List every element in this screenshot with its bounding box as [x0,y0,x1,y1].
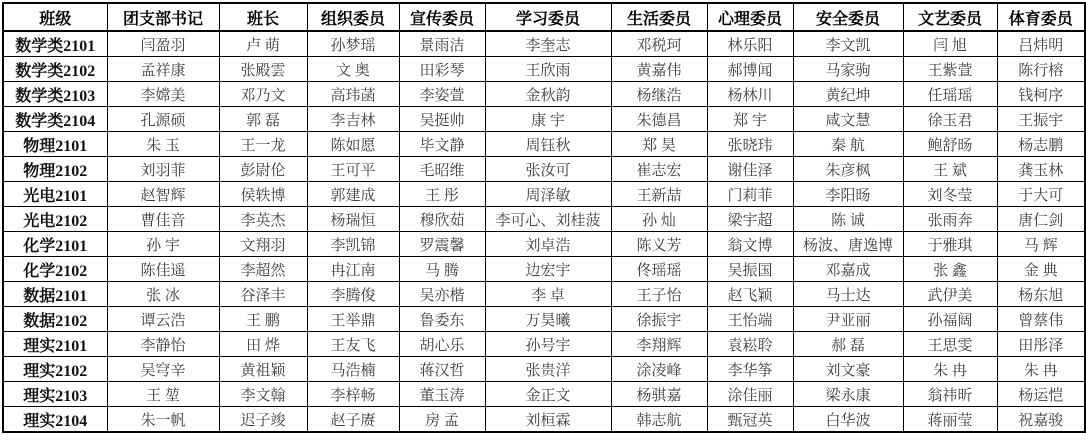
member-cell: 李凯锦 [307,232,399,257]
member-cell: 李姿萱 [399,82,485,107]
member-cell: 张汝可 [485,157,611,182]
member-cell: 郝博闻 [707,57,793,82]
member-cell: 钱柯序 [997,82,1085,107]
member-cell: 董玉涛 [399,382,485,407]
member-cell: 郑 宇 [707,107,793,132]
class-cell: 化学2101 [3,232,107,257]
member-cell: 田 烨 [219,332,307,357]
column-header-5: 学习委员 [485,3,611,31]
member-cell: 陈行榕 [997,57,1085,82]
member-cell: 吴亦楷 [399,282,485,307]
member-cell: 王 鹏 [219,307,307,332]
member-cell: 王怡端 [707,307,793,332]
member-cell: 祝嘉骏 [997,407,1085,433]
member-cell: 迟子竣 [219,407,307,433]
member-cell: 朱 冉 [997,357,1085,382]
column-header-9: 文艺委员 [903,3,997,31]
member-cell: 冉江南 [307,257,399,282]
member-cell: 朱德昌 [611,107,707,132]
member-cell: 赵智辉 [107,182,219,207]
member-cell: 孟祥康 [107,57,219,82]
member-cell: 闫 旭 [903,31,997,57]
member-cell: 谢佳泽 [707,157,793,182]
class-cell: 理实2103 [3,382,107,407]
class-cell: 数学类2102 [3,57,107,82]
table-row: 数据2102谭云浩王 鹏王举鼎鲁委东万昊曦徐振宇王怡端尹亚丽孙福阔曾蔡伟 [3,307,1085,332]
member-cell: 黄纪坤 [793,82,903,107]
member-cell: 赵子赓 [307,407,399,433]
member-cell: 韩志航 [611,407,707,433]
column-header-4: 宣传委员 [399,3,485,31]
member-cell: 王举鼎 [307,307,399,332]
class-cell: 光电2101 [3,182,107,207]
member-cell: 徐振宇 [611,307,707,332]
member-cell: 甄冠英 [707,407,793,433]
column-header-10: 体育委员 [997,3,1085,31]
member-cell: 张 鑫 [903,257,997,282]
class-cell: 光电2102 [3,207,107,232]
member-cell: 金 典 [997,257,1085,282]
member-cell: 陈佳遥 [107,257,219,282]
member-cell: 邓税珂 [611,31,707,57]
member-cell: 陈义芳 [611,232,707,257]
table-row: 数学类2101闫盈羽卢 萌孙梦瑶景雨洁李奎志邓税珂林乐阳李文凯闫 旭吕炜明 [3,31,1085,57]
member-cell: 杨骐嘉 [611,382,707,407]
member-cell: 梁宇超 [707,207,793,232]
member-cell: 张雨奔 [903,207,997,232]
member-cell: 杨东旭 [997,282,1085,307]
member-cell: 毕文静 [399,132,485,157]
class-cell: 数学类2101 [3,31,107,57]
member-cell: 刘桓霖 [485,407,611,433]
class-committee-table: 班级团支部书记班长组织委员宣传委员学习委员生活委员心理委员安全委员文艺委员体育委… [2,2,1086,433]
table-row: 化学2101孙 宇文翔羽李凯锦罗震馨刘卓浩陈义芳翁文博杨波、唐逸博于雅琪马 辉 [3,232,1085,257]
member-cell: 李可心、刘桂菠 [485,207,611,232]
member-cell: 朱 冉 [903,357,997,382]
table-row: 理实2102吴穹辛黄祖颖马浩楠蒋汉哲张贵洋涂凌峰李华筝刘文豪朱 冉朱 冉 [3,357,1085,382]
header-row: 班级团支部书记班长组织委员宣传委员学习委员生活委员心理委员安全委员文艺委员体育委… [3,3,1085,31]
member-cell: 孙 灿 [611,207,707,232]
member-cell: 龚玉林 [997,157,1085,182]
member-cell: 郭建成 [307,182,399,207]
member-cell: 李梓畅 [307,382,399,407]
class-cell: 理实2102 [3,357,107,382]
member-cell: 翁祎昕 [903,382,997,407]
member-cell: 郑 昊 [611,132,707,157]
table-body: 数学类2101闫盈羽卢 萌孙梦瑶景雨洁李奎志邓税珂林乐阳李文凯闫 旭吕炜明数学类… [3,31,1085,432]
member-cell: 蒋汉哲 [399,357,485,382]
class-cell: 理实2104 [3,407,107,433]
member-cell: 曹佳音 [107,207,219,232]
member-cell: 朱一帆 [107,407,219,433]
member-cell: 穆欣茹 [399,207,485,232]
member-cell: 李嫦美 [107,82,219,107]
member-cell: 李阳旸 [793,182,903,207]
member-cell: 徐玉君 [903,107,997,132]
member-cell: 高玮菡 [307,82,399,107]
member-cell: 门莉菲 [707,182,793,207]
column-header-0: 班级 [3,3,107,31]
member-cell: 刘冬莹 [903,182,997,207]
member-cell: 杨运恺 [997,382,1085,407]
member-cell: 孙号宇 [485,332,611,357]
member-cell: 李翔辉 [611,332,707,357]
class-cell: 数学类2103 [3,82,107,107]
member-cell: 刘羽菲 [107,157,219,182]
member-cell: 文翔羽 [219,232,307,257]
member-cell: 万昊曦 [485,307,611,332]
table-row: 数据2101张 冰谷泽丰李腾俊吴亦楷李 卓王子怡赵飞颖马士达武伊美杨东旭 [3,282,1085,307]
member-cell: 马浩楠 [307,357,399,382]
column-header-3: 组织委员 [307,3,399,31]
table-row: 物理2101朱 玉王一龙陈如愿毕文静周钰秋郑 昊张晓玮秦 航鲍舒旸杨志鹏 [3,132,1085,157]
member-cell: 黄祖颖 [219,357,307,382]
member-cell: 金秋韵 [485,82,611,107]
member-cell: 张 冰 [107,282,219,307]
member-cell: 马 辉 [997,232,1085,257]
member-cell: 文 奥 [307,57,399,82]
member-cell: 涂佳丽 [707,382,793,407]
member-cell: 陈 诚 [793,207,903,232]
member-cell: 杨波、唐逸博 [793,232,903,257]
class-cell: 数据2101 [3,282,107,307]
member-cell: 张贵洋 [485,357,611,382]
member-cell: 陈如愿 [307,132,399,157]
member-cell: 金正文 [485,382,611,407]
member-cell: 朱 玉 [107,132,219,157]
member-cell: 李文翰 [219,382,307,407]
member-cell: 李 卓 [485,282,611,307]
member-cell: 王欣雨 [485,57,611,82]
member-cell: 孙 宇 [107,232,219,257]
member-cell: 佟瑶瑶 [611,257,707,282]
member-cell: 梁永康 [793,382,903,407]
column-header-2: 班长 [219,3,307,31]
member-cell: 胡心乐 [399,332,485,357]
member-cell: 王可平 [307,157,399,182]
member-cell: 谷泽丰 [219,282,307,307]
member-cell: 王 堃 [107,382,219,407]
member-cell: 田彩琴 [399,57,485,82]
member-cell: 康 宇 [485,107,611,132]
member-cell: 崔志宏 [611,157,707,182]
member-cell: 蒋丽莹 [903,407,997,433]
member-cell: 吴穹辛 [107,357,219,382]
column-header-1: 团支部书记 [107,3,219,31]
member-cell: 唐仁剑 [997,207,1085,232]
member-cell: 马士达 [793,282,903,307]
member-cell: 袁崧聆 [707,332,793,357]
member-cell: 咸文慧 [793,107,903,132]
member-cell: 吴挺帅 [399,107,485,132]
table-row: 理实2104朱一帆迟子竣赵子赓房 孟刘桓霖韩志航甄冠英白华波蒋丽莹祝嘉骏 [3,407,1085,433]
member-cell: 卢 萌 [219,31,307,57]
column-header-8: 安全委员 [793,3,903,31]
table-row: 光电2101赵智辉侯轶博郭建成王 彤周泽敏王新喆门莉菲李阳旸刘冬莹于大可 [3,182,1085,207]
member-cell: 李华筝 [707,357,793,382]
member-cell: 房 孟 [399,407,485,433]
member-cell: 于大可 [997,182,1085,207]
member-cell: 朱彦枫 [793,157,903,182]
member-cell: 李奎志 [485,31,611,57]
member-cell: 翁文博 [707,232,793,257]
member-cell: 王 彤 [399,182,485,207]
member-cell: 刘文豪 [793,357,903,382]
class-cell: 化学2102 [3,257,107,282]
table-row: 理实2101李静怡田 烨王友飞胡心乐孙号宇李翔辉袁崧聆郝 磊王思雯田彤泽 [3,332,1085,357]
member-cell: 李腾俊 [307,282,399,307]
table-row: 化学2102陈佳遥李超然冉江南马 腾边宏宇佟瑶瑶吴振国邓嘉成张 鑫金 典 [3,257,1085,282]
member-cell: 王一龙 [219,132,307,157]
member-cell: 李文凯 [793,31,903,57]
member-cell: 边宏宇 [485,257,611,282]
member-cell: 王紫萱 [903,57,997,82]
member-cell: 秦 航 [793,132,903,157]
member-cell: 马家驹 [793,57,903,82]
member-cell: 邓乃文 [219,82,307,107]
member-cell: 张殿雲 [219,57,307,82]
member-cell: 王 斌 [903,157,997,182]
member-cell: 孔源硕 [107,107,219,132]
member-cell: 景雨洁 [399,31,485,57]
member-cell: 彭尉伦 [219,157,307,182]
member-cell: 王友飞 [307,332,399,357]
table-row: 光电2102曹佳音李英杰杨瑞恒穆欣茹李可心、刘桂菠孙 灿梁宇超陈 诚张雨奔唐仁剑 [3,207,1085,232]
table-row: 物理2102刘羽菲彭尉伦王可平毛昭维张汝可崔志宏谢佳泽朱彦枫王 斌龚玉林 [3,157,1085,182]
table-header: 班级团支部书记班长组织委员宣传委员学习委员生活委员心理委员安全委员文艺委员体育委… [3,3,1085,31]
member-cell: 邓嘉成 [793,257,903,282]
member-cell: 王思雯 [903,332,997,357]
column-header-7: 心理委员 [707,3,793,31]
member-cell: 杨林川 [707,82,793,107]
member-cell: 李吉林 [307,107,399,132]
member-cell: 林乐阳 [707,31,793,57]
class-cell: 数学类2104 [3,107,107,132]
member-cell: 杨瑞恒 [307,207,399,232]
member-cell: 孙梦瑶 [307,31,399,57]
member-cell: 鲁委东 [399,307,485,332]
table-row: 数学类2104孔源硕郭 磊李吉林吴挺帅康 宇朱德昌郑 宇咸文慧徐玉君王振宇 [3,107,1085,132]
member-cell: 白华波 [793,407,903,433]
member-cell: 任瑶瑶 [903,82,997,107]
member-cell: 吕炜明 [997,31,1085,57]
member-cell: 马 腾 [399,257,485,282]
member-cell: 毛昭维 [399,157,485,182]
member-cell: 张晓玮 [707,132,793,157]
member-cell: 王振宇 [997,107,1085,132]
member-cell: 赵飞颖 [707,282,793,307]
member-cell: 侯轶博 [219,182,307,207]
member-cell: 罗震馨 [399,232,485,257]
class-cell: 数据2102 [3,307,107,332]
member-cell: 谭云浩 [107,307,219,332]
column-header-6: 生活委员 [611,3,707,31]
member-cell: 郭 磊 [219,107,307,132]
member-cell: 武伊美 [903,282,997,307]
member-cell: 王子怡 [611,282,707,307]
member-cell: 于雅琪 [903,232,997,257]
member-cell: 黄嘉伟 [611,57,707,82]
class-cell: 理实2101 [3,332,107,357]
class-cell: 物理2101 [3,132,107,157]
member-cell: 李超然 [219,257,307,282]
class-committee-roster-page: 班级团支部书记班长组织委员宣传委员学习委员生活委员心理委员安全委员文艺委员体育委… [0,0,1086,443]
member-cell: 田彤泽 [997,332,1085,357]
member-cell: 吴振国 [707,257,793,282]
member-cell: 闫盈羽 [107,31,219,57]
member-cell: 杨继浩 [611,82,707,107]
member-cell: 孙福阔 [903,307,997,332]
member-cell: 鲍舒旸 [903,132,997,157]
member-cell: 郝 磊 [793,332,903,357]
member-cell: 周泽敏 [485,182,611,207]
class-cell: 物理2102 [3,157,107,182]
member-cell: 曾蔡伟 [997,307,1085,332]
member-cell: 周钰秋 [485,132,611,157]
member-cell: 李英杰 [219,207,307,232]
member-cell: 刘卓浩 [485,232,611,257]
table-row: 数学类2102孟祥康张殿雲文 奥田彩琴王欣雨黄嘉伟郝博闻马家驹王紫萱陈行榕 [3,57,1085,82]
member-cell: 涂凌峰 [611,357,707,382]
member-cell: 杨志鹏 [997,132,1085,157]
table-row: 数学类2103李嫦美邓乃文高玮菡李姿萱金秋韵杨继浩杨林川黄纪坤任瑶瑶钱柯序 [3,82,1085,107]
member-cell: 王新喆 [611,182,707,207]
member-cell: 李静怡 [107,332,219,357]
table-row: 理实2103王 堃李文翰李梓畅董玉涛金正文杨骐嘉涂佳丽梁永康翁祎昕杨运恺 [3,382,1085,407]
member-cell: 尹亚丽 [793,307,903,332]
